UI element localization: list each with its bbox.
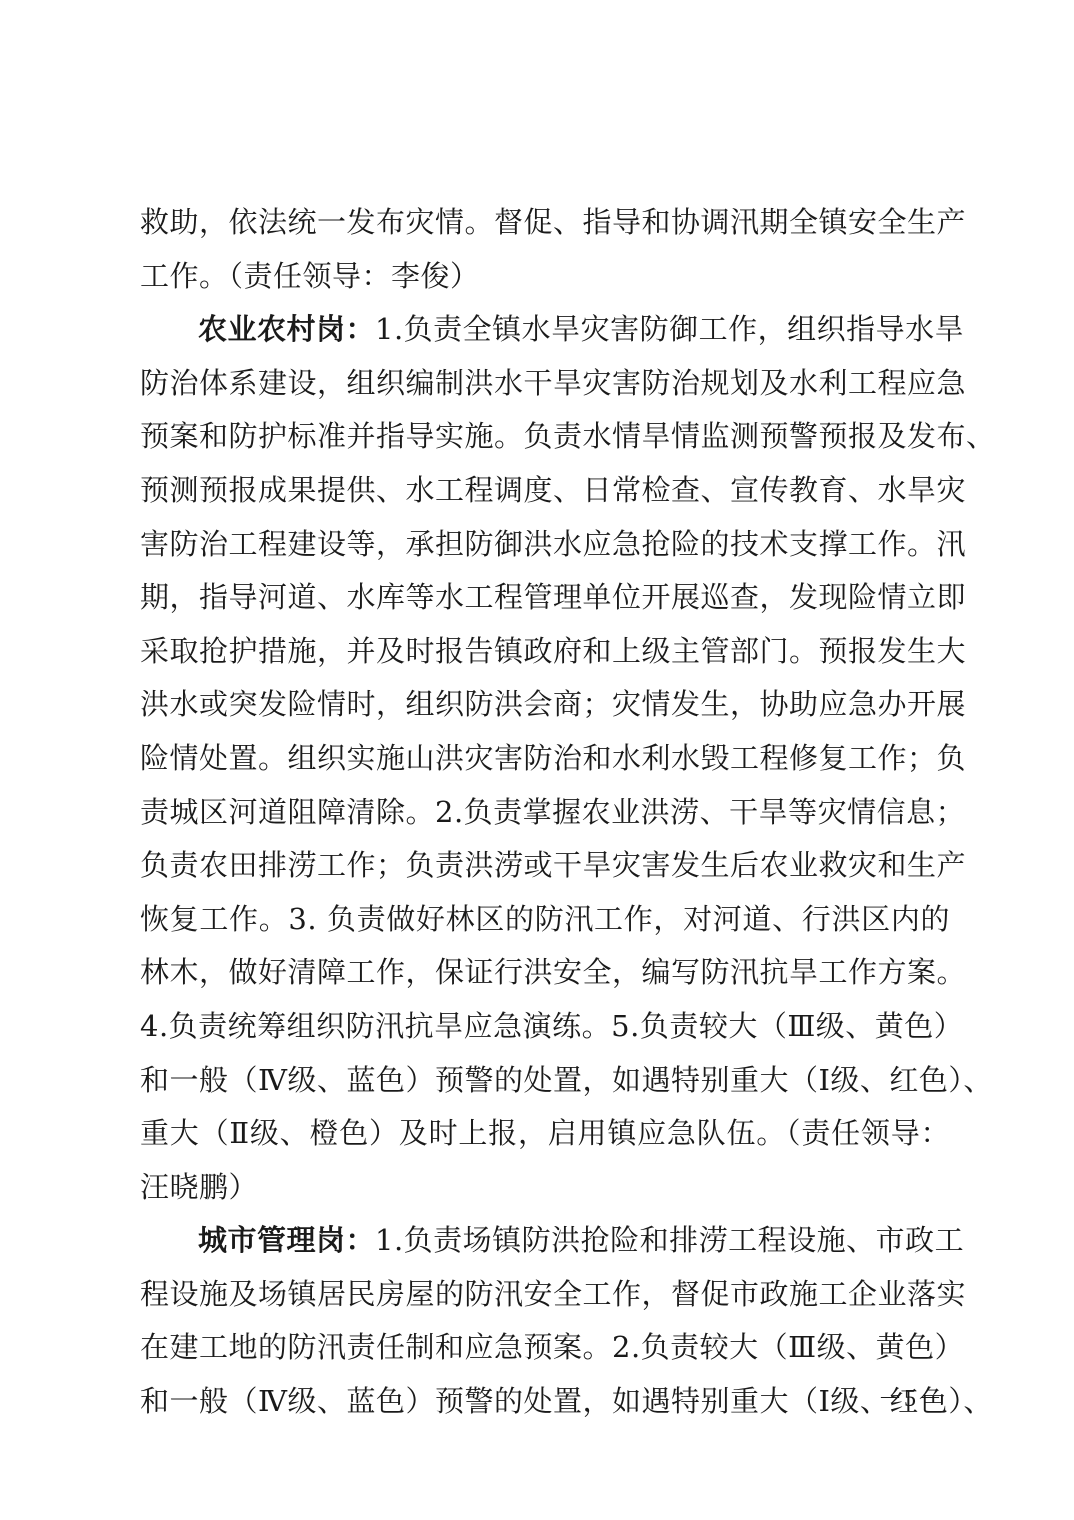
text-line-17: 和一般（Ⅳ级、蓝色）预警的处置，如遇特别重大（Ⅰ级、红色）、 — [140, 1054, 950, 1108]
document-page: 救助，依法统一发布灾情。督促、指导和协调汛期全镇安全生产 工作。（责任领导：李俊… — [0, 0, 1074, 1520]
body-text: 救助，依法统一发布灾情。督促、指导和协调汛期全镇安全生产 工作。（责任领导：李俊… — [140, 196, 950, 1429]
text-line-5: 预案和防护标准并指导实施。负责水情旱情监测预警预报及发布、 — [140, 410, 950, 464]
text-line-1: 救助，依法统一发布灾情。督促、指导和协调汛期全镇安全生产 — [140, 196, 950, 250]
paragraph-agriculture-start: 农业农村岗：1.负责全镇水旱灾害防御工作，组织指导水旱 — [140, 303, 950, 357]
text-line-12: 责城区河道阻障清除。2.负责掌握农业洪涝、干旱等灾情信息； — [140, 786, 950, 840]
text-line-19: 汪晓鹏） — [140, 1161, 950, 1215]
text-line-14: 恢复工作。3. 负责做好林区的防汛工作，对河道、行洪区内的 — [140, 893, 950, 947]
text-line-22: 在建工地的防汛责任制和应急预案。2.负责较大（Ⅲ级、黄色） — [140, 1321, 950, 1375]
paragraph-urban-start: 城市管理岗：1.负责场镇防洪抢险和排涝工程设施、市政工 — [140, 1214, 950, 1268]
text-line-16: 4.负责统筹组织防汛抗旱应急演练。5.负责较大（Ⅲ级、黄色） — [140, 1000, 950, 1054]
text-line-15: 林木，做好清障工作，保证行洪安全，编写防汛抗旱工作方案。 — [140, 946, 950, 1000]
text-line-21: 程设施及场镇居民房屋的防汛安全工作，督促市政施工企业落实 — [140, 1268, 950, 1322]
text-line-6: 预测预报成果提供、水工程调度、日常检查、宣传教育、水旱灾 — [140, 464, 950, 518]
text-line-13: 负责农田排涝工作；负责洪涝或干旱灾害发生后农业救灾和生产 — [140, 839, 950, 893]
section-heading-urban: 城市管理岗： — [198, 1223, 375, 1257]
text-line-7: 害防治工程建设等，承担防御洪水应急抢险的技术支撑工作。汛 — [140, 518, 950, 572]
page-number: －5－ — [878, 1378, 944, 1413]
text-line-18: 重大（Ⅱ级、橙色）及时上报，启用镇应急队伍。（责任领导： — [140, 1107, 950, 1161]
text-line-11: 险情处置。组织实施山洪灾害防治和水利水毁工程修复工作；负 — [140, 732, 950, 786]
text-line-2: 工作。（责任领导：李俊） — [140, 250, 950, 304]
text-line-9: 采取抢护措施，并及时报告镇政府和上级主管部门。预报发生大 — [140, 625, 950, 679]
section-heading-agriculture: 农业农村岗： — [198, 312, 375, 346]
text-line-23: 和一般（Ⅳ级、蓝色）预警的处置，如遇特别重大（Ⅰ级、红色）、 — [140, 1375, 950, 1429]
text-line-8: 期，指导河道、水库等水工程管理单位开展巡查，发现险情立即 — [140, 571, 950, 625]
text-line-10: 洪水或突发险情时，组织防洪会商；灾情发生，协助应急办开展 — [140, 678, 950, 732]
text-line-3: 1.负责全镇水旱灾害防御工作，组织指导水旱 — [375, 312, 964, 346]
text-line-20: 1.负责场镇防洪抢险和排涝工程设施、市政工 — [375, 1223, 964, 1257]
text-line-4: 防治体系建设，组织编制洪水干旱灾害防治规划及水利工程应急 — [140, 357, 950, 411]
